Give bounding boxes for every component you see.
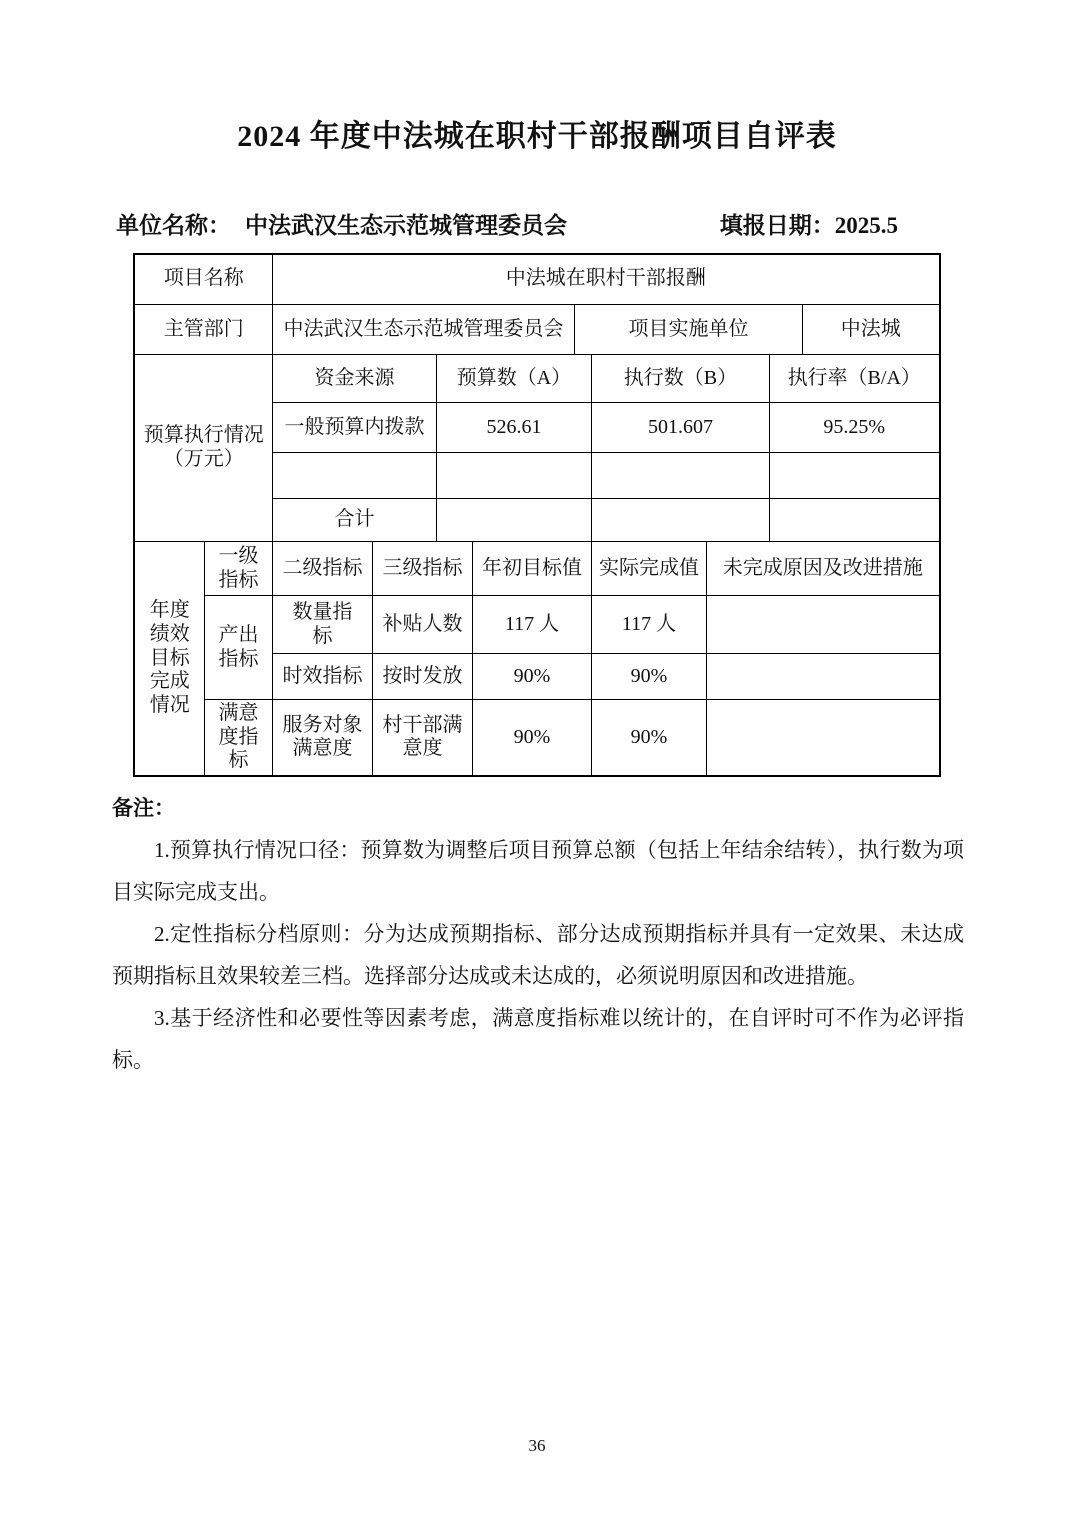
budget-header-executed: 执行数（B）	[591, 355, 769, 403]
budget-total-label: 合计	[272, 499, 436, 542]
perf-header-target: 年初目标值	[472, 542, 591, 596]
budget-executed-cell: 501.607	[591, 403, 769, 453]
perf-satisfaction-target: 90%	[472, 700, 591, 776]
budget-total-rate	[769, 499, 939, 542]
notes-label: 备注：	[112, 787, 964, 829]
notes-section: 备注： 1.预算执行情况口径：预算数为调整后项目预算总额（包括上年结余结转），执…	[112, 787, 964, 1081]
table-row: 项目名称 中法城在职村干部报酬	[134, 254, 939, 305]
budget-empty-cell	[436, 453, 591, 499]
budget-empty-cell	[272, 453, 436, 499]
implementing-unit-value: 中法城	[802, 305, 939, 355]
unit-name-label: 单位名称：	[116, 213, 231, 238]
report-date-value: 2025.5	[835, 213, 898, 238]
performance-section-label: 年度 绩效 目标 完成 情况	[134, 542, 204, 776]
perf-level1-output: 产出 指标	[204, 596, 272, 700]
table-row: 主管部门 中法武汉生态示范城管理委员会 项目实施单位 中法城	[134, 305, 939, 355]
budget-empty-cell	[769, 453, 939, 499]
report-date-label: 填报日期：	[720, 213, 835, 238]
note-item-2: 2.定性指标分档原则：分为达成预期指标、部分达成预期指标并具有一定效果、未达成预…	[112, 913, 964, 997]
perf-timeliness-l2: 时效指标	[272, 654, 372, 700]
perf-header-level1: 一级 指标	[204, 542, 272, 596]
perf-header-level2: 二级指标	[272, 542, 372, 596]
perf-quantity-l2: 数量指 标	[272, 596, 372, 654]
budget-header-rate: 执行率（B/A）	[769, 355, 939, 403]
perf-timeliness-actual: 90%	[591, 654, 706, 700]
perf-header-level3: 三级指标	[372, 542, 472, 596]
budget-source-cell: 一般预算内拨款	[272, 403, 436, 453]
perf-quantity-reason	[706, 596, 939, 654]
budget-header-source: 资金来源	[272, 355, 436, 403]
project-name-label: 项目名称	[134, 254, 272, 305]
page-number: 36	[0, 1436, 1074, 1456]
perf-timeliness-l3: 按时发放	[372, 654, 472, 700]
note-item-3: 3.基于经济性和必要性等因素考虑，满意度指标难以统计的，在自评时可不作为必评指标…	[112, 997, 964, 1081]
subtitle-row: 单位名称：中法武汉生态示范城管理委员会 填报日期：2025.5	[116, 207, 898, 240]
budget-rate-cell: 95.25%	[769, 403, 939, 453]
unit-name-value: 中法武汉生态示范城管理委员会	[245, 213, 567, 238]
department-value: 中法武汉生态示范城管理委员会	[272, 305, 574, 355]
table-row: 产出 指标 数量指 标 补贴人数 117 人 117 人	[134, 596, 939, 654]
budget-section-label: 预算执行情况 （万元）	[134, 355, 272, 542]
budget-amount-cell: 526.61	[436, 403, 591, 453]
perf-header-reason: 未完成原因及改进措施	[706, 542, 939, 596]
budget-header-budget: 预算数（A）	[436, 355, 591, 403]
table-row: 年度 绩效 目标 完成 情况 一级 指标 二级指标 三级指标 年初目标值 实际完…	[134, 542, 939, 596]
perf-satisfaction-actual: 90%	[591, 700, 706, 776]
note-item-1: 1.预算执行情况口径：预算数为调整后项目预算总额（包括上年结余结转），执行数为项…	[112, 829, 964, 913]
budget-total-executed	[591, 499, 769, 542]
unit-name-group: 单位名称：中法武汉生态示范城管理委员会	[116, 207, 567, 240]
project-name-value: 中法城在职村干部报酬	[272, 254, 939, 305]
budget-total-budget	[436, 499, 591, 542]
perf-satisfaction-l2: 服务对象 满意度	[272, 700, 372, 776]
budget-empty-cell	[591, 453, 769, 499]
implementing-unit-label: 项目实施单位	[574, 305, 802, 355]
department-label: 主管部门	[134, 305, 272, 355]
table-row: 预算执行情况 （万元） 资金来源 预算数（A） 执行数（B） 执行率（B/A）	[134, 355, 939, 403]
perf-quantity-l3: 补贴人数	[372, 596, 472, 654]
perf-quantity-actual: 117 人	[591, 596, 706, 654]
table-row: 满意 度指 标 服务对象 满意度 村干部满 意度 90% 90%	[134, 700, 939, 776]
perf-timeliness-target: 90%	[472, 654, 591, 700]
perf-level1-satisfaction: 满意 度指 标	[204, 700, 272, 776]
perf-quantity-target: 117 人	[472, 596, 591, 654]
document-page: 2024 年度中法城在职村干部报酬项目自评表 单位名称：中法武汉生态示范城管理委…	[0, 0, 1074, 1520]
evaluation-table: 项目名称 中法城在职村干部报酬 主管部门 中法武汉生态示范城管理委员会 项目实施…	[133, 253, 940, 777]
report-date-group: 填报日期：2025.5	[720, 207, 898, 240]
perf-timeliness-reason	[706, 654, 939, 700]
perf-header-actual: 实际完成值	[591, 542, 706, 596]
document-title: 2024 年度中法城在职村干部报酬项目自评表	[0, 120, 1074, 155]
perf-satisfaction-l3: 村干部满 意度	[372, 700, 472, 776]
perf-satisfaction-reason	[706, 700, 939, 776]
